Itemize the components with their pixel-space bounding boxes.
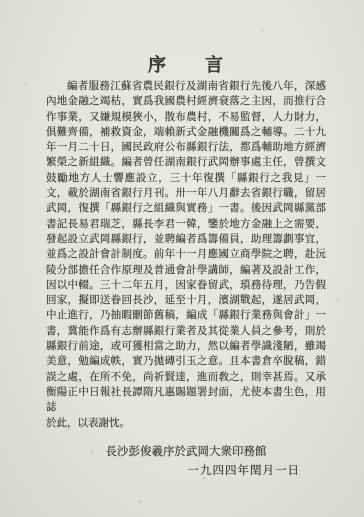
paragraph-line: 作事業，又嫌規模狹小，散布農村，不易監督，人力財力， [46, 110, 326, 125]
page-content: 序 言 編者服務江蘇省農民銀行及湖南省銀行先後八年，深感 內地金融之竭枯，實爲我… [46, 54, 326, 479]
preface-paragraph: 編者服務江蘇省農民銀行及湖南省銀行先後八年，深感 內地金融之竭枯，實爲我國農村經… [46, 79, 326, 431]
paragraph-line: 內地金融之竭枯，實爲我國農村經濟衰落之主因，而推行合 [46, 94, 326, 109]
paragraph-line: 縣銀行前途，或可獲相當之助力，然以編者學識淺陋，雖竭 [46, 339, 326, 354]
paragraph-line: 陵分部擔任合作原理及普通會計學講師，編著及設計工作， [46, 263, 326, 278]
paragraph-line: 美意，勉編成帙，實乃拋磚引玉之意。且本書倉卒脫稿，錯 [46, 354, 326, 369]
paragraph-line: 中止進行，乃抽暇刪節舊稿，編成「縣銀行業務與會計」一 [46, 308, 326, 323]
signature-line: 長沙彭俊羲序於武岡大衆印務館 [46, 444, 326, 460]
paragraph-line: 武岡，復撰「縣銀行之組織與實務」一書。後因武岡縣黨部 [46, 201, 326, 216]
paragraph-line: 編者服務江蘇省農民銀行及湖南省銀行先後八年，深感 [46, 79, 326, 94]
paragraph-line: 書，冀能作爲有志辦縣銀行業者及其從業人員之參考，則於 [46, 324, 326, 339]
paragraph-line: 並爲之設計會計制度。前年十一月應國立商學院之聘，赴沅 [46, 247, 326, 262]
paragraph-line: 誤之處，在所不免，尚祈賢達，進而敎之，則幸甚焉。又承 [46, 370, 326, 385]
paragraph-line: 回家，擬即送眷回長沙，延至十月，濱湖戰起，遂居武岡， [46, 293, 326, 308]
paragraph-line: 鼓勵地方人士響應設立，三十年復撰「縣銀行之我見」一 [46, 171, 326, 186]
paragraph-line: 於此，以表謝忱。 [46, 416, 326, 431]
paragraph-line: 俱難齊備，補救資金，端賴新式金融機關爲之輔導。二十九 [46, 125, 326, 140]
paragraph-line: 繁榮之新組織。編者曾任湖南銀行武岡辦事處主任，曾撰文 [46, 155, 326, 170]
paragraph-line: 年一月二十日，國民政府公布縣銀行法，都爲輔助地方經濟 [46, 140, 326, 155]
paragraph-line: 因以中輟。三十二年五月，因家眷留武，瑣務待理，乃告假 [46, 278, 326, 293]
date-line: 一九四四年閏月一日 [46, 463, 326, 479]
paragraph-line: 書記長易君瑞芝，縣長李君一韓，鑒於地方金融上之需要， [46, 217, 326, 232]
paragraph-line: 衡陽正中日報社長譚隋凡惠賜題署封面，尤使本書生色，用誌 [46, 385, 326, 416]
page-title: 序 言 [46, 54, 326, 76]
paragraph-line: 發起設立武岡縣銀行，並聘編者爲籌備員，助理籌劃事宜， [46, 232, 326, 247]
scanned-page: 序 言 編者服務江蘇省農民銀行及湖南省銀行先後八年，深感 內地金融之竭枯，實爲我… [0, 0, 364, 517]
paragraph-line: 文，載於湖南省銀行月刊。卅一年八月辭去省銀行職，留居 [46, 186, 326, 201]
